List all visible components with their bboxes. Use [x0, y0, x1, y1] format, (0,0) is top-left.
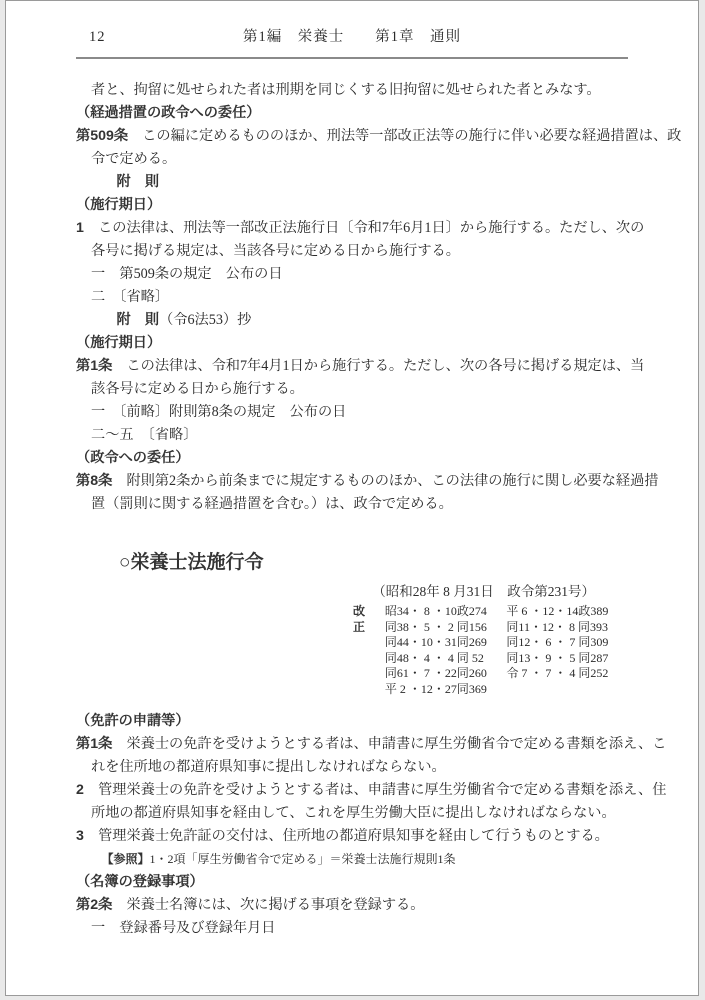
- amendment-label: 改正: [353, 604, 376, 698]
- text-line: 附 則: [76, 171, 628, 194]
- document-page: 12 第1編 栄養士 第1章 通則 者と、拘留に処せられた者は刑期を同じくする旧…: [5, 0, 699, 996]
- text-line: 各号に掲げる規定は、当該各号に定める日から施行する。: [76, 240, 628, 263]
- amendment-entry: 昭34・ 8 ・10政274: [385, 604, 507, 620]
- amendment-entry: 同61・ 7 ・22同260: [385, 666, 507, 682]
- line-lead-label: 第8条: [76, 473, 112, 489]
- text-line: （施行期日）: [76, 194, 628, 217]
- line-text: 一 登録番号及び登録年月日: [91, 920, 275, 936]
- text-line: 二〜五 〔省略〕: [76, 424, 628, 447]
- line-text: れを住所地の都道府県知事に提出しなければならない。: [91, 759, 446, 775]
- amendment-entry: 平 6 ・12・14政389: [506, 604, 628, 620]
- text-line: 置（罰則に関する経過措置を含む。）は、政令で定める。: [76, 493, 628, 516]
- text-line: 【参照】1・2項「厚生労働省令で定める」＝栄養士法施行規則1条: [76, 848, 628, 871]
- line-lead-label: 第1条: [76, 736, 112, 752]
- text-line: 第8条 附則第2条から前条までに規定するもののほか、この法律の施行に関し必要な経…: [76, 470, 628, 493]
- line-text: 者と、拘留に処せられた者は刑期を同じくする旧拘留に処せられた者とみなす。: [91, 82, 601, 98]
- text-line: 第1条 栄養士の免許を受けようとする者は、申請書に厚生労働省令で定める書類を添え…: [76, 733, 628, 756]
- line-text: 各号に掲げる規定は、当該各号に定める日から施行する。: [91, 243, 460, 259]
- line-lead-label: （施行期日）: [76, 197, 161, 213]
- line-lead-label: 【参照】: [102, 852, 150, 866]
- line-text: 1・2項「厚生労働省令で定める」＝栄養士法施行規則1条: [150, 852, 456, 866]
- line-text: この法律は、刑法等一部改正法施行日〔令和7年6月1日〕から施行する。ただし、次の: [84, 220, 644, 236]
- amendment-entry: 同11・12・ 8 同393: [506, 620, 628, 636]
- amendment-entry: 同12・ 6 ・ 7 同309: [506, 635, 628, 651]
- amendment-entry: 同13・ 9 ・ 5 同287: [506, 651, 628, 667]
- text-line: （政令への委任）: [76, 447, 628, 470]
- text-line: （免許の申請等）: [76, 710, 628, 733]
- supplementary-provisions-block: 者と、拘留に処せられた者は刑期を同じくする旧拘留に処せられた者とみなす。（経過措…: [76, 79, 628, 516]
- amendment-column-1: 昭34・ 8 ・10政274同38・ 5 ・ 2 同156同44・10・31同2…: [385, 604, 507, 698]
- text-line: 一 〔前略〕附則第8条の規定 公布の日: [76, 401, 628, 424]
- line-lead-label: （施行期日）: [76, 335, 161, 351]
- line-text: （令6法53）抄: [159, 312, 251, 328]
- text-line: 1 この法律は、刑法等一部改正法施行日〔令和7年6月1日〕から施行する。ただし、…: [76, 217, 628, 240]
- text-line: 第1条 この法律は、令和7年4月1日から施行する。ただし、次の各号に掲げる規定は…: [76, 355, 628, 378]
- amendment-entry: 同48・ 4 ・ 4 同 52: [385, 651, 507, 667]
- line-text: 附則第2条から前条までに規定するもののほか、この法律の施行に関し必要な経過措: [112, 473, 658, 489]
- line-lead-label: 附 則: [117, 312, 160, 328]
- line-text: 該各号に定める日から施行する。: [91, 381, 304, 397]
- text-line: れを住所地の都道府県知事に提出しなければならない。: [76, 756, 628, 779]
- line-text: 栄養士の免許を受けようとする者は、申請書に厚生労働省令で定める書類を添え、こ: [112, 736, 666, 752]
- line-text: 所地の都道府県知事を経由して、これを厚生労働大臣に提出しなければならない。: [91, 805, 616, 821]
- text-line: 第509条 この編に定めるもののほか、刑法等一部改正法等の施行に伴い必要な経過措…: [76, 125, 628, 148]
- line-lead-label: （政令への委任）: [76, 450, 190, 466]
- line-text: 二〜五 〔省略〕: [91, 427, 197, 443]
- text-line: 3 管理栄養士免許証の交付は、住所地の都道府県知事を経由して行うものとする。: [76, 825, 628, 848]
- line-text: 二 〔省略〕: [91, 289, 169, 305]
- line-lead-label: 3: [76, 828, 84, 844]
- text-line: 二 〔省略〕: [76, 286, 628, 309]
- articles-block: （免許の申請等）第1条 栄養士の免許を受けようとする者は、申請書に厚生労働省令で…: [76, 710, 628, 940]
- text-line: （経過措置の政令への委任）: [76, 102, 628, 125]
- page-content: 者と、拘留に処せられた者は刑期を同じくする旧拘留に処せられた者とみなす。（経過措…: [76, 79, 628, 940]
- line-lead-label: 附 則: [117, 174, 160, 190]
- line-text: 令で定める。: [91, 151, 176, 167]
- line-text: 一 〔前略〕附則第8条の規定 公布の日: [91, 404, 346, 420]
- amendment-entry: 令 7 ・ 7 ・ 4 同252: [506, 666, 628, 682]
- line-lead-label: 第509条: [76, 128, 128, 144]
- line-text: 栄養士名簿には、次に掲げる事項を登録する。: [112, 897, 424, 913]
- text-line: 一 登録番号及び登録年月日: [76, 917, 628, 940]
- text-line: 該各号に定める日から施行する。: [76, 378, 628, 401]
- amendment-column-2: 平 6 ・12・14政389同11・12・ 8 同393同12・ 6 ・ 7 同…: [506, 604, 628, 698]
- line-lead-label: 第1条: [76, 358, 112, 374]
- line-text: 管理栄養士免許証の交付は、住所地の都道府県知事を経由して行うものとする。: [84, 828, 609, 844]
- line-text: 管理栄養士の免許を受けようとする者は、申請書に厚生労働省令で定める書類を添え、住: [84, 782, 667, 798]
- line-lead-label: （経過措置の政令への委任）: [76, 105, 260, 121]
- line-lead-label: 第2条: [76, 897, 112, 913]
- running-header: 12 第1編 栄養士 第1章 通則: [6, 1, 698, 47]
- line-lead-label: 1: [76, 220, 84, 236]
- line-text: この編に定めるもののほか、刑法等一部改正法等の施行に伴い必要な経過措置は、政: [128, 128, 681, 144]
- amendment-entry: 同38・ 5 ・ 2 同156: [385, 620, 507, 636]
- text-line: 一 第509条の規定 公布の日: [76, 263, 628, 286]
- amendment-entry: 平 2 ・12・27同369: [385, 682, 507, 698]
- line-lead-label: 2: [76, 782, 84, 798]
- text-line: （施行期日）: [76, 332, 628, 355]
- line-text: 一 第509条の規定 公布の日: [91, 266, 283, 282]
- law-title: ○栄養士法施行令: [119, 550, 628, 576]
- line-text: 置（罰則に関する経過措置を含む。）は、政令で定める。: [91, 496, 453, 512]
- text-line: （名簿の登録事項）: [76, 871, 628, 894]
- line-text: この法律は、令和7年4月1日から施行する。ただし、次の各号に掲げる規定は、当: [112, 358, 644, 374]
- header-divider: [76, 57, 628, 59]
- text-line: 令で定める。: [76, 148, 628, 171]
- text-line: 第2条 栄養士名簿には、次に掲げる事項を登録する。: [76, 894, 628, 917]
- amendment-history: 改正 昭34・ 8 ・10政274同38・ 5 ・ 2 同156同44・10・3…: [353, 604, 628, 698]
- text-line: 者と、拘留に処せられた者は刑期を同じくする旧拘留に処せられた者とみなす。: [76, 79, 628, 102]
- text-line: 附 則（令6法53）抄: [76, 309, 628, 332]
- enactment-line: （昭和28年 8 月31日 政令第231号）: [76, 582, 628, 602]
- amendment-entry: 同44・10・31同269: [385, 635, 507, 651]
- line-lead-label: （名簿の登録事項）: [76, 874, 204, 890]
- line-lead-label: （免許の申請等）: [76, 713, 190, 729]
- text-line: 2 管理栄養士の免許を受けようとする者は、申請書に厚生労働省令で定める書類を添え…: [76, 779, 628, 802]
- running-header-title: 第1編 栄養士 第1章 通則: [6, 27, 698, 47]
- text-line: 所地の都道府県知事を経由して、これを厚生労働大臣に提出しなければならない。: [76, 802, 628, 825]
